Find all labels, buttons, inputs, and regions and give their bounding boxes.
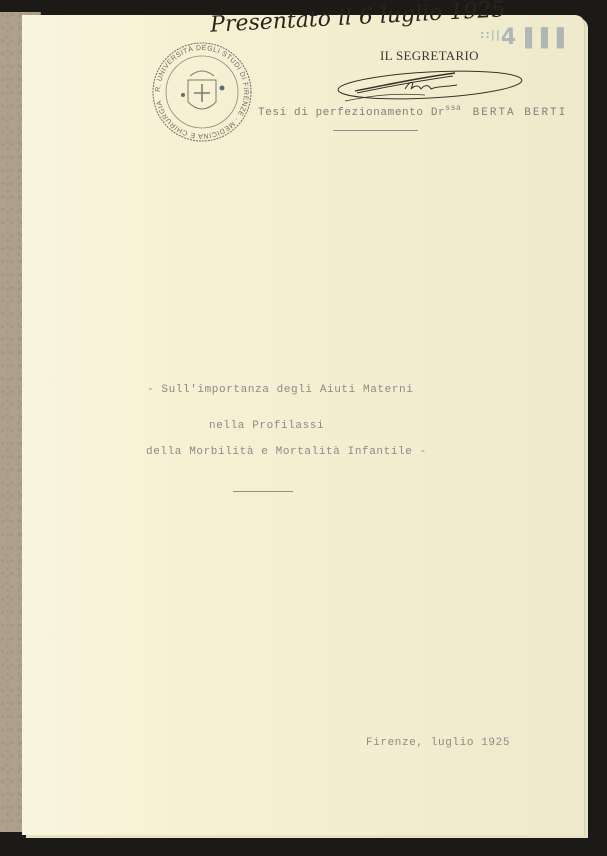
author-name: BERTA BERTI	[473, 107, 568, 119]
title-line-3: della Morbilità e Mortalità Infantile -	[146, 446, 427, 458]
title-line-1: - Sull'importanza degli Aiuti Materni	[147, 384, 413, 396]
header-prefix: Tesi di perfezionamento Dr	[258, 107, 445, 119]
title-superscript: ssa	[445, 104, 461, 113]
secretary-label: IL SEGRETARIO	[380, 48, 479, 64]
university-seal: R. UNIVERSITÀ DEGLI STUDI DI FIRENZE · M…	[150, 40, 254, 144]
archive-stamp: ::||4▐▐▐	[480, 25, 566, 50]
secretary-signature	[335, 65, 535, 105]
thesis-header: Tesi di perfezionamento Drssa BERTA BERT…	[258, 104, 567, 119]
place-date: Firenze, luglio 1925	[366, 737, 510, 749]
header-underline	[333, 130, 418, 131]
archive-number: 4	[501, 25, 518, 50]
title-divider	[233, 491, 293, 492]
title-line-2: nella Profilassi	[209, 420, 324, 432]
